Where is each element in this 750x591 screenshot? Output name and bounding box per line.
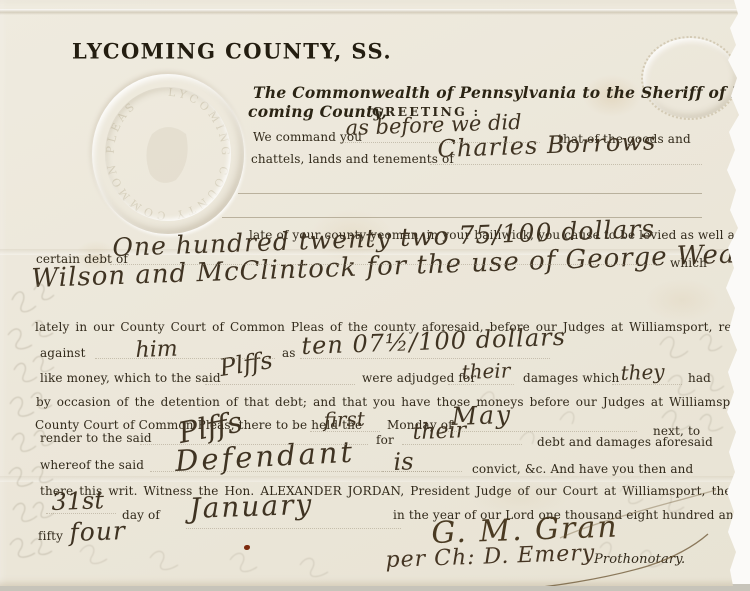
guide-line bbox=[402, 443, 522, 445]
scanned-document: LYCOMING COUNTY COMMON PLEAS LYCOMING CO… bbox=[0, 0, 750, 591]
render-label: render to the said bbox=[40, 431, 152, 445]
prothonotary-label: Prothonotary. bbox=[594, 552, 685, 567]
against-label: against bbox=[40, 346, 86, 360]
guide-line bbox=[612, 383, 682, 385]
damages-which-label: damages which bbox=[523, 371, 619, 385]
court-seal-inner-ring bbox=[105, 87, 231, 221]
chattels-label: chattels, lands and tenements of bbox=[251, 152, 454, 166]
guide-line bbox=[448, 383, 514, 385]
paper: LYCOMING COUNTY COMMON PLEAS LYCOMING CO… bbox=[0, 0, 750, 586]
hw-per-deputy: per Ch: D. Emery bbox=[385, 541, 595, 573]
whereof-label: whereof the said bbox=[40, 458, 144, 472]
greeting-line-1: The Commonwealth of Pennsylvania to the … bbox=[253, 83, 750, 102]
guide-line bbox=[300, 357, 550, 359]
embossed-court-seal: LYCOMING COUNTY COMMON PLEAS bbox=[92, 74, 244, 234]
hw-month-january: January bbox=[189, 488, 314, 525]
fold-crease-top bbox=[0, 9, 750, 15]
convict-label: convict, &c. And have you then and bbox=[472, 462, 693, 476]
guide-line bbox=[442, 430, 637, 432]
guide-line bbox=[186, 527, 401, 529]
writ-witness-line: there this writ. Witness the Hon. ALEXAN… bbox=[40, 484, 732, 498]
like-money-label: like money, which to the said bbox=[40, 371, 221, 385]
guide-line bbox=[430, 163, 702, 165]
debt-damages-label: debt and damages aforesaid bbox=[537, 435, 713, 449]
red-ink-blot bbox=[244, 545, 250, 550]
hw-they: they bbox=[620, 359, 665, 385]
hw-first: first bbox=[323, 407, 365, 432]
guide-line bbox=[46, 512, 116, 514]
guide-line bbox=[95, 357, 275, 359]
hw-year-four: four bbox=[69, 516, 126, 547]
fold-crease-lower bbox=[0, 476, 750, 482]
hw-their-1: their bbox=[461, 358, 511, 384]
guide-line bbox=[310, 430, 380, 432]
had-label: had bbox=[688, 371, 711, 385]
guide-line bbox=[205, 383, 355, 385]
guide-line bbox=[382, 470, 462, 472]
occasion-line: by occasion of the detention of that deb… bbox=[36, 395, 750, 409]
guide-line bbox=[110, 263, 658, 265]
hw-against-him: him bbox=[135, 337, 178, 363]
fifty-label: fifty bbox=[38, 529, 63, 543]
hw-plffs-1: Plffs bbox=[218, 346, 275, 382]
blank-rule-1 bbox=[238, 193, 702, 194]
for-label: for bbox=[376, 433, 394, 447]
guide-line bbox=[340, 141, 540, 143]
day-of-label: day of bbox=[122, 508, 160, 522]
as-label: as bbox=[282, 346, 296, 360]
county-heading: LYCOMING COUNTY, SS. bbox=[72, 38, 392, 64]
guide-line bbox=[140, 443, 368, 445]
embossed-corner-seal bbox=[641, 36, 739, 120]
